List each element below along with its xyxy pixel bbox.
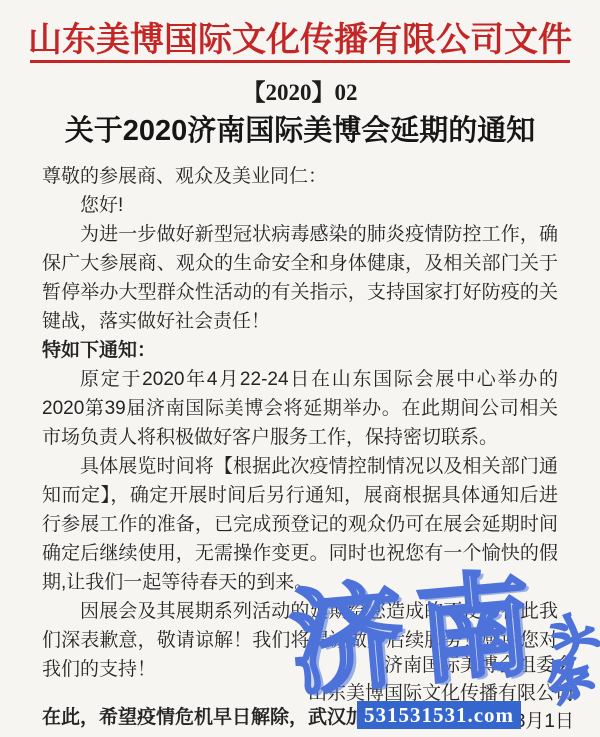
body-paragraph: 尊敬的参展商、观众及美业同仁： <box>42 162 558 191</box>
body-paragraph: 特如下通知： <box>42 336 558 365</box>
body-paragraph: 具体展览时间将【根据此次疫情控制情况以及相关部门通知而定】，确定开展时间后另行通… <box>42 452 558 597</box>
url-stamp: 531531531.com <box>357 701 521 729</box>
letterhead-org-line: 山东美博国际文化传播有限公司文件 <box>0 12 600 61</box>
body-paragraphs: 尊敬的参展商、观众及美业同仁：您好!为进一步做好新型冠状病毒感染的肺炎疫情防控工… <box>42 162 558 684</box>
document-body: 尊敬的参展商、观众及美业同仁：您好!为进一步做好新型冠状病毒感染的肺炎疫情防控工… <box>42 162 558 732</box>
document-number: 【2020】02 <box>0 74 600 107</box>
body-paragraph: 为进一步做好新型冠状病毒感染的肺炎疫情防控工作，确保广大参展商、观众的生命安全和… <box>42 220 558 336</box>
document-page: 山东美博国际文化传播有限公司文件 【2020】02 关于2020济南国际美博会延… <box>0 0 600 737</box>
page-title: 关于2020济南国际美博会延期的通知 <box>0 108 600 149</box>
signature-committee: 济南国际美博会组委会 <box>308 652 574 680</box>
letterhead-rule <box>30 60 570 63</box>
body-paragraph: 原定于2020年4月22-24日在山东国际会展中心举办的2020第39届济南国际… <box>42 365 558 452</box>
body-paragraph: 您好! <box>42 191 558 220</box>
